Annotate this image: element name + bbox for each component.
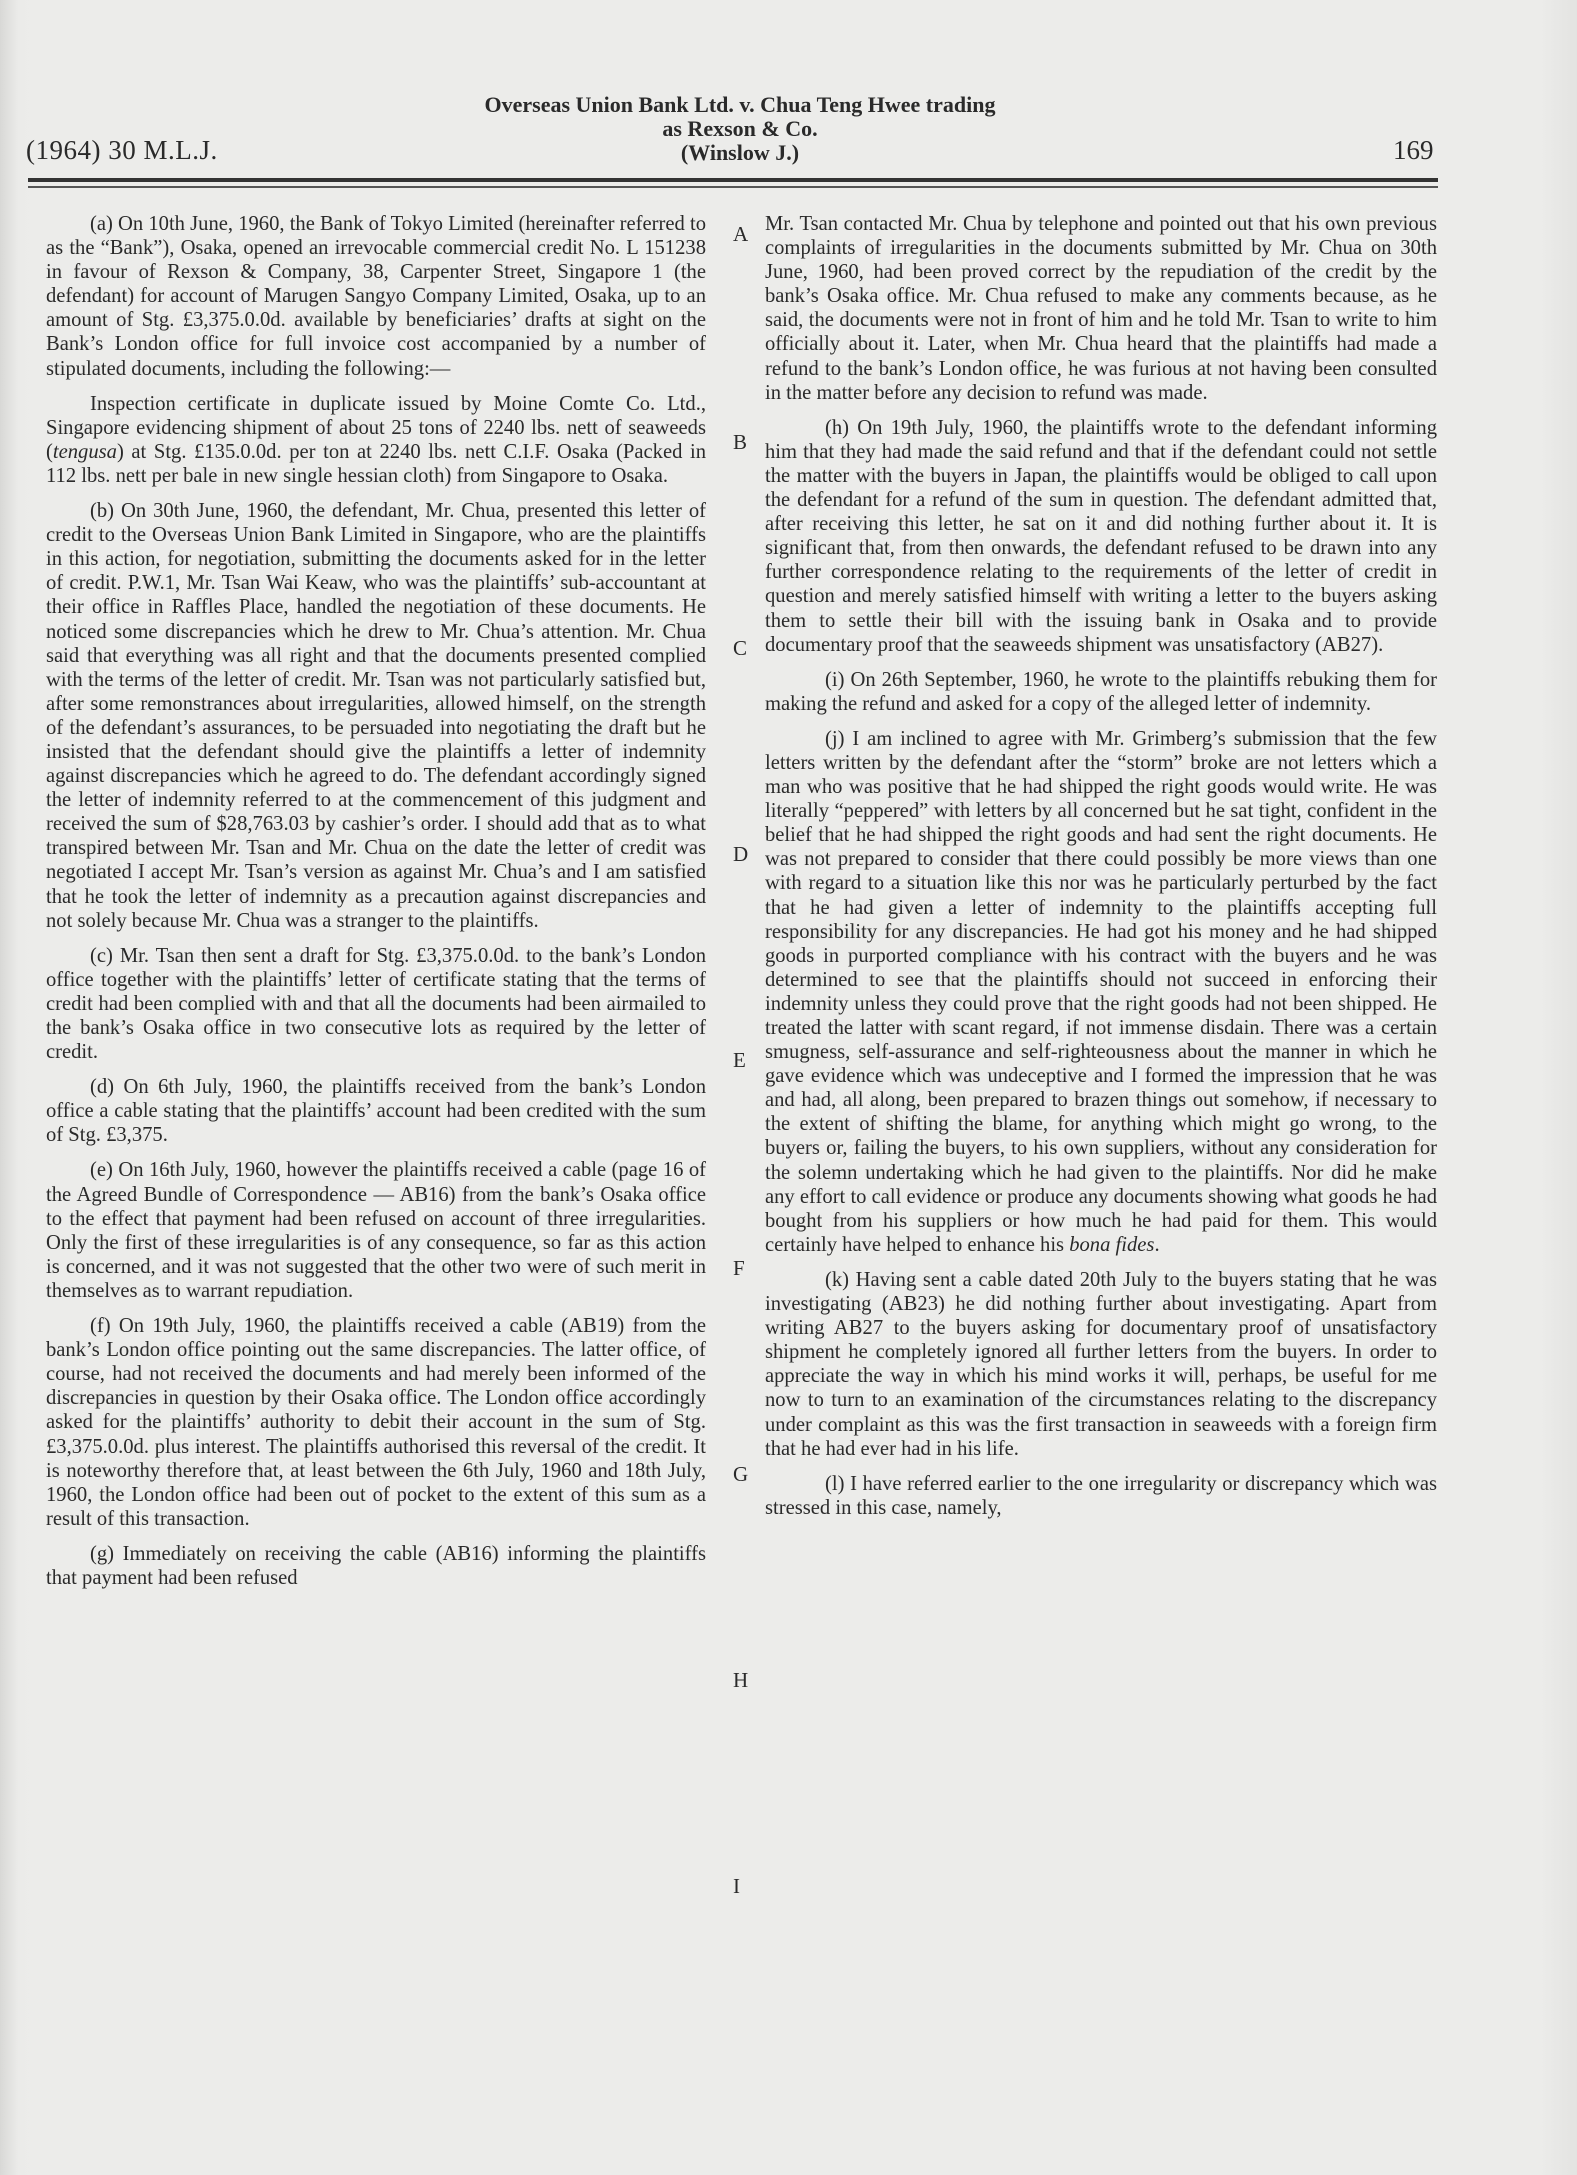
page-number: 169: [1393, 135, 1434, 166]
paragraph-f: (f) On 19th July, 1960, the plaintiffs r…: [46, 1314, 706, 1531]
quote-italic-term: tengusa: [53, 441, 117, 463]
margin-letter-f: F: [733, 1256, 745, 1281]
paragraph-j-end: .: [1154, 1234, 1159, 1256]
margin-letter-e: E: [733, 1048, 746, 1073]
paragraph-h: (h) On 19th July, 1960, the plaintiffs w…: [765, 416, 1437, 657]
header-rule-thick: [28, 178, 1438, 182]
paragraph-l: (l) I have referred earlier to the one i…: [765, 1472, 1437, 1520]
paragraph-c: (c) Mr. Tsan then sent a draft for Stg. …: [46, 944, 706, 1064]
paragraph-k: (k) Having sent a cable dated 20th July …: [765, 1268, 1437, 1461]
margin-letter-c: C: [733, 636, 747, 661]
paragraph-b: (b) On 30th June, 1960, the defendant, M…: [46, 499, 706, 933]
case-title-line-2: as Rexson & Co.: [400, 117, 1080, 141]
paragraph-d: (d) On 6th July, 1960, the plaintiffs re…: [46, 1075, 706, 1147]
right-column: Mr. Tsan contacted Mr. Chua by telephone…: [765, 212, 1437, 1531]
header-rule-thin: [28, 186, 1438, 188]
case-title-line-1: Overseas Union Bank Ltd. v. Chua Teng Hw…: [400, 93, 1080, 117]
bona-fides-italic: bona fides: [1069, 1234, 1154, 1256]
report-citation: (1964) 30 M.L.J.: [26, 135, 218, 166]
paragraph-e: (e) On 16th July, 1960, however the plai…: [46, 1158, 706, 1303]
margin-letter-h: H: [733, 1668, 748, 1693]
margin-letter-b: B: [733, 430, 747, 455]
case-title-line-3: (Winslow J.): [400, 141, 1080, 165]
margin-letter-d: D: [733, 842, 748, 867]
paragraph-j: (j) I am inclined to agree with Mr. Grim…: [765, 727, 1437, 1257]
inspection-certificate-quote: Inspection certificate in duplicate issu…: [46, 392, 706, 488]
paragraph-j-text: (j) I am inclined to agree with Mr. Grim…: [765, 728, 1437, 1256]
margin-letter-i: I: [733, 1874, 740, 1899]
quote-text-2: ) at Stg. £135.0.0d. per ton at 2240 lbs…: [46, 441, 706, 487]
paragraph-i: (i) On 26th September, 1960, he wrote to…: [765, 668, 1437, 716]
paragraph-a: (a) On 10th June, 1960, the Bank of Toky…: [46, 212, 706, 381]
margin-letter-g: G: [733, 1462, 748, 1487]
case-title: Overseas Union Bank Ltd. v. Chua Teng Hw…: [400, 93, 1080, 165]
paragraph-g: (g) Immediately on receiving the cable (…: [46, 1542, 706, 1590]
paragraph-g-continued: Mr. Tsan contacted Mr. Chua by telephone…: [765, 212, 1437, 405]
page-header: (1964) 30 M.L.J. Overseas Union Bank Ltd…: [0, 0, 1577, 190]
left-column: (a) On 10th June, 1960, the Bank of Toky…: [46, 212, 706, 1601]
margin-letter-a: A: [733, 222, 748, 247]
